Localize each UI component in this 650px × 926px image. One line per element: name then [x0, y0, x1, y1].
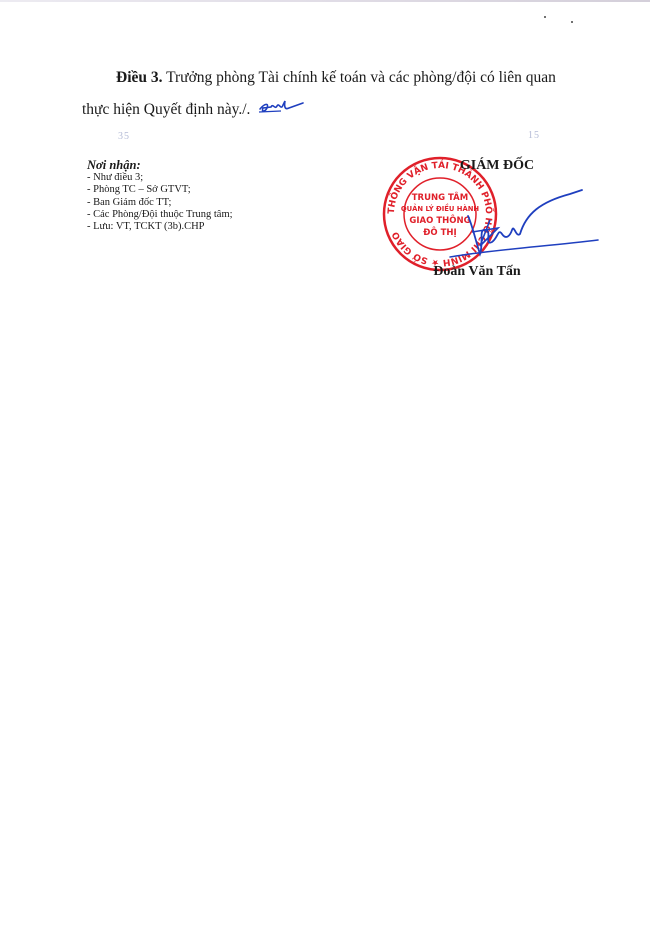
scan-speck — [544, 16, 546, 18]
scan-speck — [571, 21, 573, 23]
article-3: Điều 3. Trưởng phòng Tài chính kế toán v… — [82, 62, 582, 126]
signature-block: THÔNG VẬN TẢI THÀNH PHỐ HỒ CHÍ MINH ★ SỞ… — [380, 154, 610, 294]
scan-edge — [0, 0, 650, 2]
signer-name: Đoàn Văn Tấn — [412, 264, 542, 280]
handwritten-signature-icon — [380, 154, 610, 264]
article-label: Điều 3. — [116, 69, 163, 86]
article-line-1: Điều 3. Trưởng phòng Tài chính kế toán v… — [82, 62, 582, 94]
article-text-1: Trưởng phòng Tài chính kế toán và các ph… — [163, 69, 556, 86]
initial-signature-icon — [257, 97, 305, 117]
document-page: Điều 3. Trưởng phòng Tài chính kế toán v… — [0, 0, 650, 926]
recipients-header: Nơi nhận: — [87, 159, 233, 171]
article-line-2: thực hiện Quyết định này./. — [82, 94, 582, 126]
recipient-item: - Các Phòng/Đội thuộc Trung tâm; — [87, 209, 233, 221]
recipient-item: - Phòng TC – Sở GTVT; — [87, 184, 233, 196]
recipients-block: Nơi nhận: - Như điều 3; - Phòng TC – Sở … — [87, 159, 233, 233]
article-text-2: thực hiện Quyết định này./. — [82, 101, 250, 118]
recipient-item: - Như điều 3; — [87, 172, 233, 184]
recipient-item: - Lưu: VT, TCKT (3b).CHP — [87, 221, 233, 233]
margin-mark-right: 15 — [528, 130, 540, 141]
recipient-item: - Ban Giám đốc TT; — [87, 197, 233, 209]
margin-mark-left: 35 — [118, 131, 130, 142]
